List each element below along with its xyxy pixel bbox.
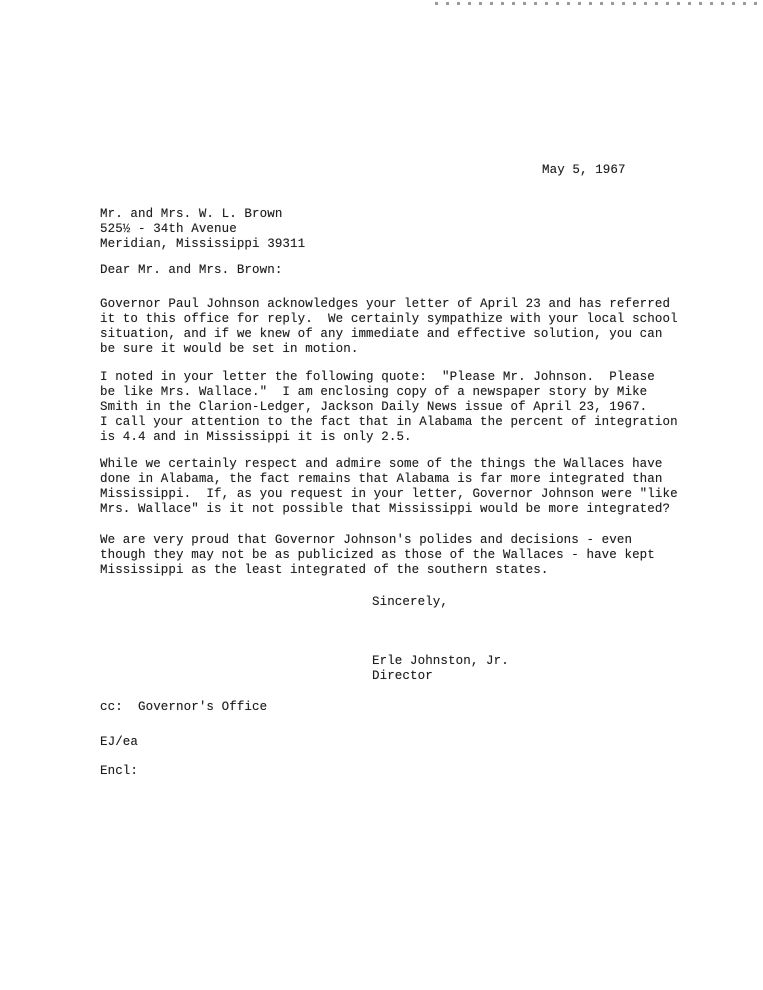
recipient-street: 525½ - 34th Avenue (100, 222, 237, 236)
body-paragraph-4: We are very proud that Governor Johnson'… (100, 533, 655, 578)
salutation: Dear Mr. and Mrs. Brown: (100, 263, 282, 278)
recipient-address: Mr. and Mrs. W. L. Brown 525½ - 34th Ave… (100, 207, 305, 252)
enclosure-line: Encl: (100, 764, 138, 779)
letter-page: May 5, 1967 Mr. and Mrs. W. L. Brown 525… (0, 0, 763, 990)
signature-title: Director (372, 669, 433, 683)
signature-block: Erle Johnston, Jr. Director (372, 654, 509, 684)
recipient-city: Meridian, Mississippi 39311 (100, 237, 305, 251)
recipient-name: Mr. and Mrs. W. L. Brown (100, 207, 282, 221)
body-paragraph-3: While we certainly respect and admire so… (100, 457, 678, 517)
body-paragraph-1: Governor Paul Johnson acknowledges your … (100, 297, 678, 357)
closing: Sincerely, (372, 595, 448, 610)
page-edge-dotted-line (435, 2, 763, 5)
body-paragraph-2: I noted in your letter the following quo… (100, 370, 678, 445)
typist-initials: EJ/ea (100, 735, 138, 750)
cc-line: cc: Governor's Office (100, 700, 267, 715)
letter-date: May 5, 1967 (542, 163, 626, 178)
signature-name: Erle Johnston, Jr. (372, 654, 509, 668)
